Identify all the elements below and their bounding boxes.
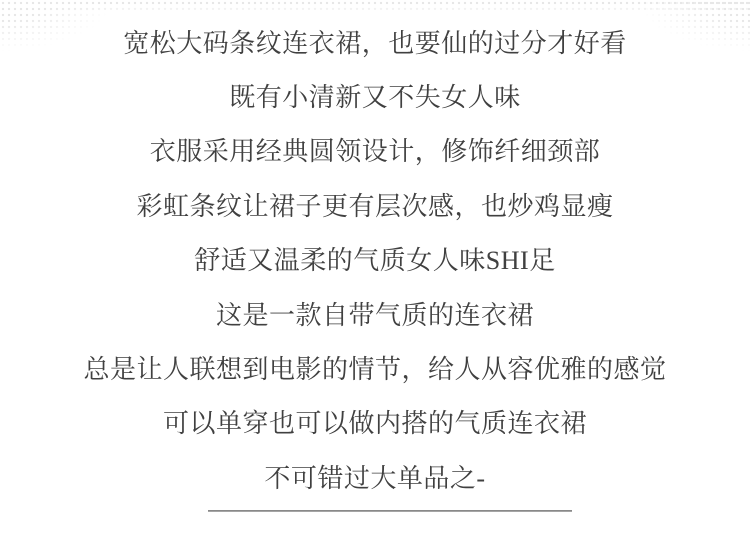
description-text-block: 宽松大码条纹连衣裙，也要仙的过分才好看 既有小清新又不失女人味 衣服采用经典圆领… bbox=[0, 0, 750, 504]
description-line-8: 可以单穿也可以做内搭的气质连衣裙 bbox=[0, 395, 750, 449]
description-line-1: 宽松大码条纹连衣裙，也要仙的过分才好看 bbox=[0, 14, 750, 68]
description-line-7: 总是让人联想到电影的情节，给人从容优雅的感觉 bbox=[0, 340, 750, 394]
description-line-2: 既有小清新又不失女人味 bbox=[0, 68, 750, 122]
description-line-6: 这是一款自带气质的连衣裙 bbox=[0, 286, 750, 340]
description-line-4: 彩虹条纹让裙子更有层次感，也炒鸡显瘦 bbox=[0, 177, 750, 231]
description-line-3: 衣服采用经典圆领设计，修饰纤细颈部 bbox=[0, 123, 750, 177]
description-line-9: 不可错过大单品之- bbox=[0, 449, 750, 503]
product-description-page: 宽松大码条纹连衣裙，也要仙的过分才好看 既有小清新又不失女人味 衣服采用经典圆领… bbox=[0, 0, 750, 547]
divider-line bbox=[208, 510, 572, 512]
description-line-5: 舒适又温柔的气质女人味SHI足 bbox=[0, 232, 750, 286]
